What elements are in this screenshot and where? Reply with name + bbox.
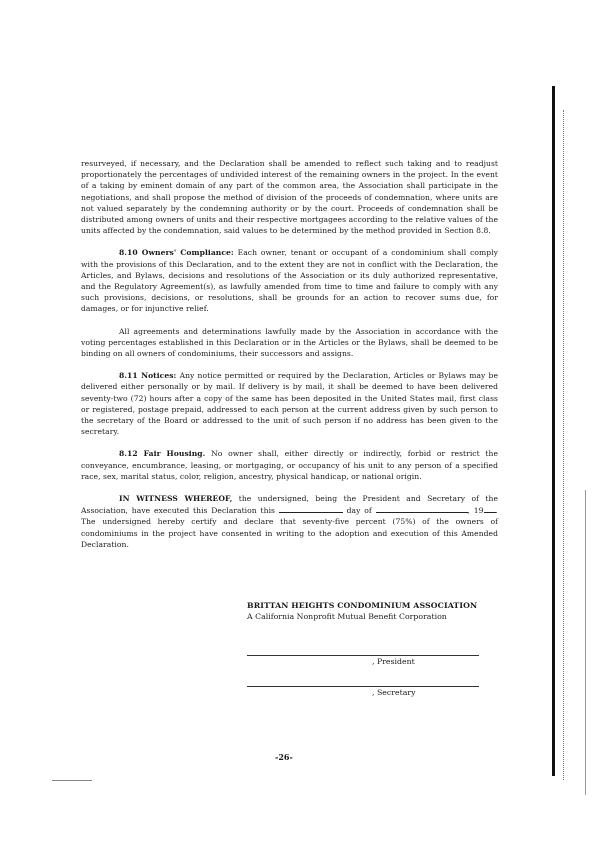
scan-edge-bar	[552, 86, 555, 776]
paragraph-owners-compliance: 8.10 Owners' Compliance: Each owner, ten…	[81, 247, 498, 314]
paragraph-text: Each owner, tenant or occupant of a cond…	[81, 248, 498, 313]
organization-subtitle: A California Nonprofit Mutual Benefit Co…	[247, 611, 507, 622]
secretary-signature-line	[247, 686, 479, 687]
paragraph-witness: IN WITNESS WHEREOF, the undersigned, bei…	[81, 493, 498, 550]
year-blank	[484, 504, 496, 513]
paragraph-text: resurveyed, if necessary, and the Declar…	[81, 159, 498, 235]
scan-edge-thin-line	[585, 490, 586, 795]
organization-block: BRITTAN HEIGHTS CONDOMINIUM ASSOCIATION …	[247, 600, 507, 622]
paragraph-condemnation: resurveyed, if necessary, and the Declar…	[81, 158, 498, 236]
section-heading-8-10: 8.10 Owners' Compliance:	[119, 248, 234, 257]
witness-text: , 19	[468, 506, 484, 515]
document-page: resurveyed, if necessary, and the Declar…	[0, 0, 600, 848]
secretary-label: , Secretary	[372, 688, 416, 697]
month-blank	[376, 504, 468, 513]
day-blank	[279, 504, 343, 513]
scan-edge-dotted-line	[563, 110, 564, 780]
paragraph-text: Any notice permitted or required by the …	[81, 371, 498, 436]
page-number: -26-	[275, 752, 293, 762]
section-heading-8-11: 8.11 Notices:	[119, 371, 176, 380]
section-heading-8-12: 8.12 Fair Housing.	[119, 449, 205, 458]
organization-name: BRITTAN HEIGHTS CONDOMINIUM ASSOCIATION	[247, 600, 507, 611]
witness-text: day of	[343, 506, 376, 515]
paragraph-text: All agreements and determinations lawful…	[81, 327, 498, 358]
paragraph-notices: 8.11 Notices: Any notice permitted or re…	[81, 370, 498, 437]
paragraph-fair-housing: 8.12 Fair Housing. No owner shall, eithe…	[81, 448, 498, 482]
scan-stray-mark	[52, 780, 92, 781]
document-body: resurveyed, if necessary, and the Declar…	[81, 158, 498, 561]
witness-heading: IN WITNESS WHEREOF,	[119, 494, 232, 503]
president-label: , President	[372, 657, 415, 666]
president-signature-line	[247, 655, 479, 656]
paragraph-agreements: All agreements and determinations lawful…	[81, 326, 498, 360]
